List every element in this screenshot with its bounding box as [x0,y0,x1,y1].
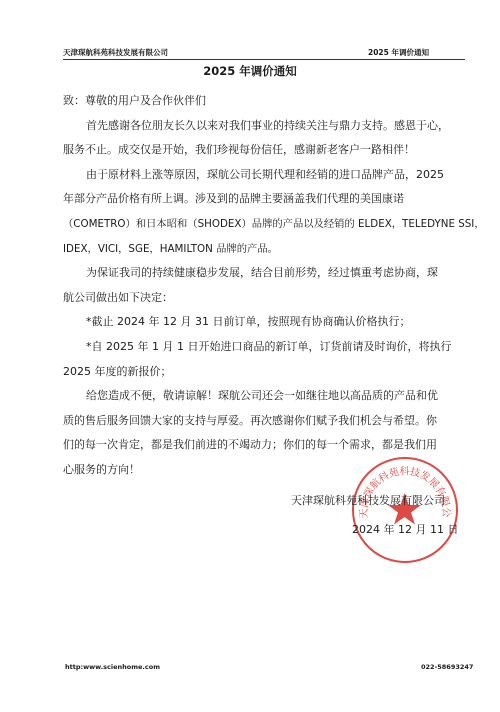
footer-website: http:www.scienhome.com [65,663,160,671]
header-doc-title: 2025 年调价通知 [368,47,429,58]
decision-2-line-1: *自 2025 年 1 月 1 日开始进口商品的新订单，订货前请及时询价，将执行 [63,335,473,360]
paragraph-1-line-2: 服务不止。成交仅是开始，我们珍视每份信任，感谢新老客户一路相伴！ [63,138,473,163]
decision-2-line-2: 2025 年度的新报价； [63,360,473,385]
salutation: 致：尊敬的用户及合作伙伴们 [63,89,473,114]
document-body: 致：尊敬的用户及合作伙伴们 首先感谢各位朋友长久以来对我们事业的持续关注与鼎力支… [63,89,473,483]
paragraph-2-line-1: 由于原材料上涨等原因，琛航公司长期代理和经销的进口品牌产品，2025 [63,163,473,188]
header-company: 天津琛航科苑科技发展有限公司 [63,47,168,58]
paragraph-6-line-1: 给您造成不便，敬请谅解！琛航公司还会一如继往地以高品质的产品和优 [63,384,473,409]
paragraph-2-line-4: IDEX，VICI，SGE，HAMILTON 品牌的产品。 [63,237,473,262]
footer-phone: 022-58693247 [421,663,473,671]
paragraph-6-line-2: 质的售后服务回馈大家的支持与厚爱。再次感谢你们赋予我们机会与希望。你 [63,409,473,434]
decision-1: *截止 2024 年 12 月 31 日前订单，按照现有协商确认价格执行； [63,310,473,335]
signature-date: 2024 年 12 月 11 日 [352,521,458,537]
company-seal-stamp: 天津琛航科苑科技发展有限公司 [352,457,458,563]
signature-company: 天津琛航科苑科技发展有限公司 [291,492,445,508]
paragraph-2-line-3: （COMETRO）和日本昭和（SHODEX）品牌的产品以及经销的 ELDEX，T… [63,212,473,237]
document-title: 2025 年调价通知 [0,63,500,79]
paragraph-2-line-2: 年部分产品价格有所上调。涉及到的品牌主要涵盖我们代理的美国康诺 [63,187,473,212]
paragraph-1-line-1: 首先感谢各位朋友长久以来对我们事业的持续关注与鼎力支持。感恩于心， [63,114,473,139]
paragraph-6-line-3: 们的每一次肯定，都是我们前进的不竭动力；你们的每一个需求，都是我们用 [63,433,473,458]
paragraph-3-line-1: 为保证我司的持续健康稳步发展，结合目前形势，经过慎重考虑协商，琛 [63,261,473,286]
seal-star-icon: 天津琛航科苑科技发展有限公司 [354,459,455,560]
paragraph-3-line-2: 航公司做出如下决定： [63,286,473,311]
page-header: 天津琛航科苑科技发展有限公司 2025 年调价通知 [63,45,465,60]
